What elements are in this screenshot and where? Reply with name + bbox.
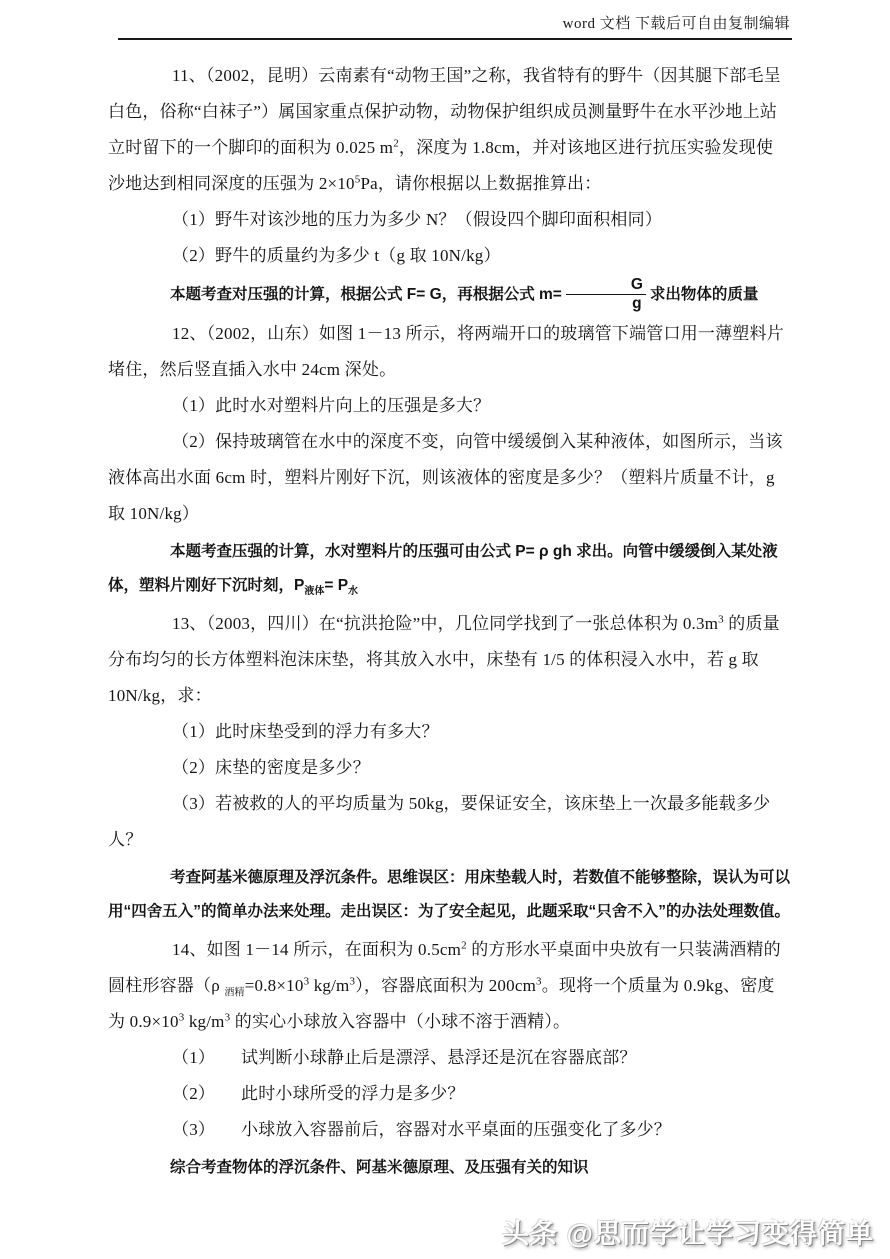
problem-12-note: 本题考查压强的计算，水对塑料片的压强可由公式 P= ρ gh 求出。向管中缓缓倒… xyxy=(108,535,790,603)
problem-11-stem: 11、（2002，昆明）云南素有“动物王国”之称，我省特有的野牛（因其腿下部毛呈… xyxy=(108,58,790,202)
problem-11-note: 本题考查对压强的计算，根据公式 F= G，再根据公式 m=Gg求出物体的质量 xyxy=(108,277,790,313)
problem-13-q3: （3）若被救的人的平均质量为 50kg，要保证安全，该床垫上一次最多能载多少人？ xyxy=(108,786,790,858)
footer-watermark: 头条 @思而学让学习变得简单 xyxy=(502,1212,874,1251)
problem-13-q2: （2）床垫的密度是多少？ xyxy=(108,750,790,786)
problem-14-q1: （1） 试判断小球静止后是漂浮、悬浮还是沉在容器底部？ xyxy=(108,1040,790,1076)
document-page: word 文档 下载后可自由复制编辑 11、（2002，昆明）云南素有“动物王国… xyxy=(0,0,890,1259)
problem-14-q2: （2） 此时小球所受的浮力是多少？ xyxy=(108,1076,790,1112)
problem-11-q2: （2）野牛的质量约为多少 t（g 取 10N/kg） xyxy=(108,238,790,274)
problem-13-note: 考查阿基米德原理及浮沉条件。思维误区：用床垫载人时，若数值不能够整除，误认为可以… xyxy=(108,861,790,929)
header-rule xyxy=(118,38,792,40)
document-body: 11、（2002，昆明）云南素有“动物王国”之称，我省特有的野牛（因其腿下部毛呈… xyxy=(108,58,790,1188)
header-watermark: word 文档 下载后可自由复制编辑 xyxy=(120,12,790,33)
problem-11-q1: （1）野牛对该沙地的压力为多少 N？（假设四个脚印面积相同） xyxy=(108,202,790,238)
problem-13-stem: 13、（2003，四川）在“抗洪抢险”中，几位同学找到了一张总体积为 0.3m3… xyxy=(108,606,790,714)
problem-13-q1: （1）此时床垫受到的浮力有多大？ xyxy=(108,714,790,750)
problem-12-q1: （1）此时水对塑料片向上的压强是多大？ xyxy=(108,388,790,424)
problem-14-q3: （3） 小球放入容器前后，容器对水平桌面的压强变化了多少？ xyxy=(108,1112,790,1148)
fraction: Gg xyxy=(566,277,646,313)
problem-12-q2: （2）保持玻璃管在水中的深度不变，向管中缓缓倒入某种液体，如图所示，当该液体高出… xyxy=(108,424,790,532)
problem-14-stem: 14、如图 1－14 所示，在面积为 0.5cm2 的方形水平桌面中央放有一只装… xyxy=(108,932,790,1040)
problem-14-note: 综合考查物体的浮沉条件、阿基米德原理、及压强有关的知识 xyxy=(108,1151,790,1185)
problem-12-stem: 12、（2002，山东）如图 1－13 所示，将两端开口的玻璃管下端管口用一薄塑… xyxy=(108,316,790,388)
